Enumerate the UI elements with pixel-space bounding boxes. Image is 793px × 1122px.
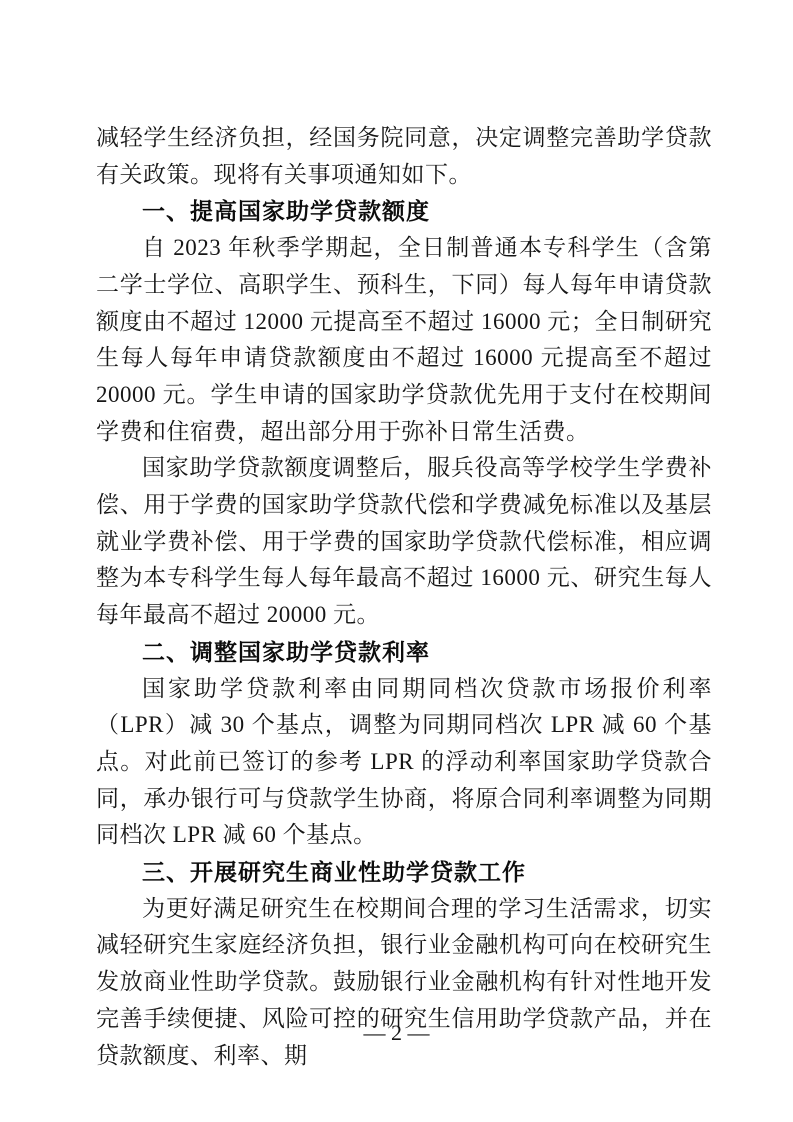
- paragraph-compensation-standards: 国家助学贷款额度调整后，服兵役高等学校学生学费补偿、用于学费的国家助学贷款代偿和…: [96, 450, 712, 634]
- document-body: 减轻学生经济负担，经国务院同意，决定调整完善助学贷款有关政策。现将有关事项通知如…: [96, 120, 712, 1074]
- page-number: — 2 —: [364, 1020, 430, 1045]
- paragraph-interest-rate-adjustment: 国家助学贷款利率由同期同档次贷款市场报价利率（LPR）减 30 个基点，调整为同…: [96, 671, 712, 855]
- document-page: 减轻学生经济负担，经国务院同意，决定调整完善助学贷款有关政策。现将有关事项通知如…: [0, 0, 793, 1122]
- section-2-heading: 二、调整国家助学贷款利率: [96, 634, 712, 671]
- section-3-heading: 三、开展研究生商业性助学贷款工作: [96, 854, 712, 891]
- page-footer: — 2 —: [0, 1018, 793, 1048]
- paragraph-policy-intro-continuation: 减轻学生经济负担，经国务院同意，决定调整完善助学贷款有关政策。现将有关事项通知如…: [96, 120, 712, 193]
- section-1-heading: 一、提高国家助学贷款额度: [96, 193, 712, 230]
- paragraph-loan-quota-increase: 自 2023 年秋季学期起，全日制普通本专科学生（含第二学士学位、高职学生、预科…: [96, 230, 712, 450]
